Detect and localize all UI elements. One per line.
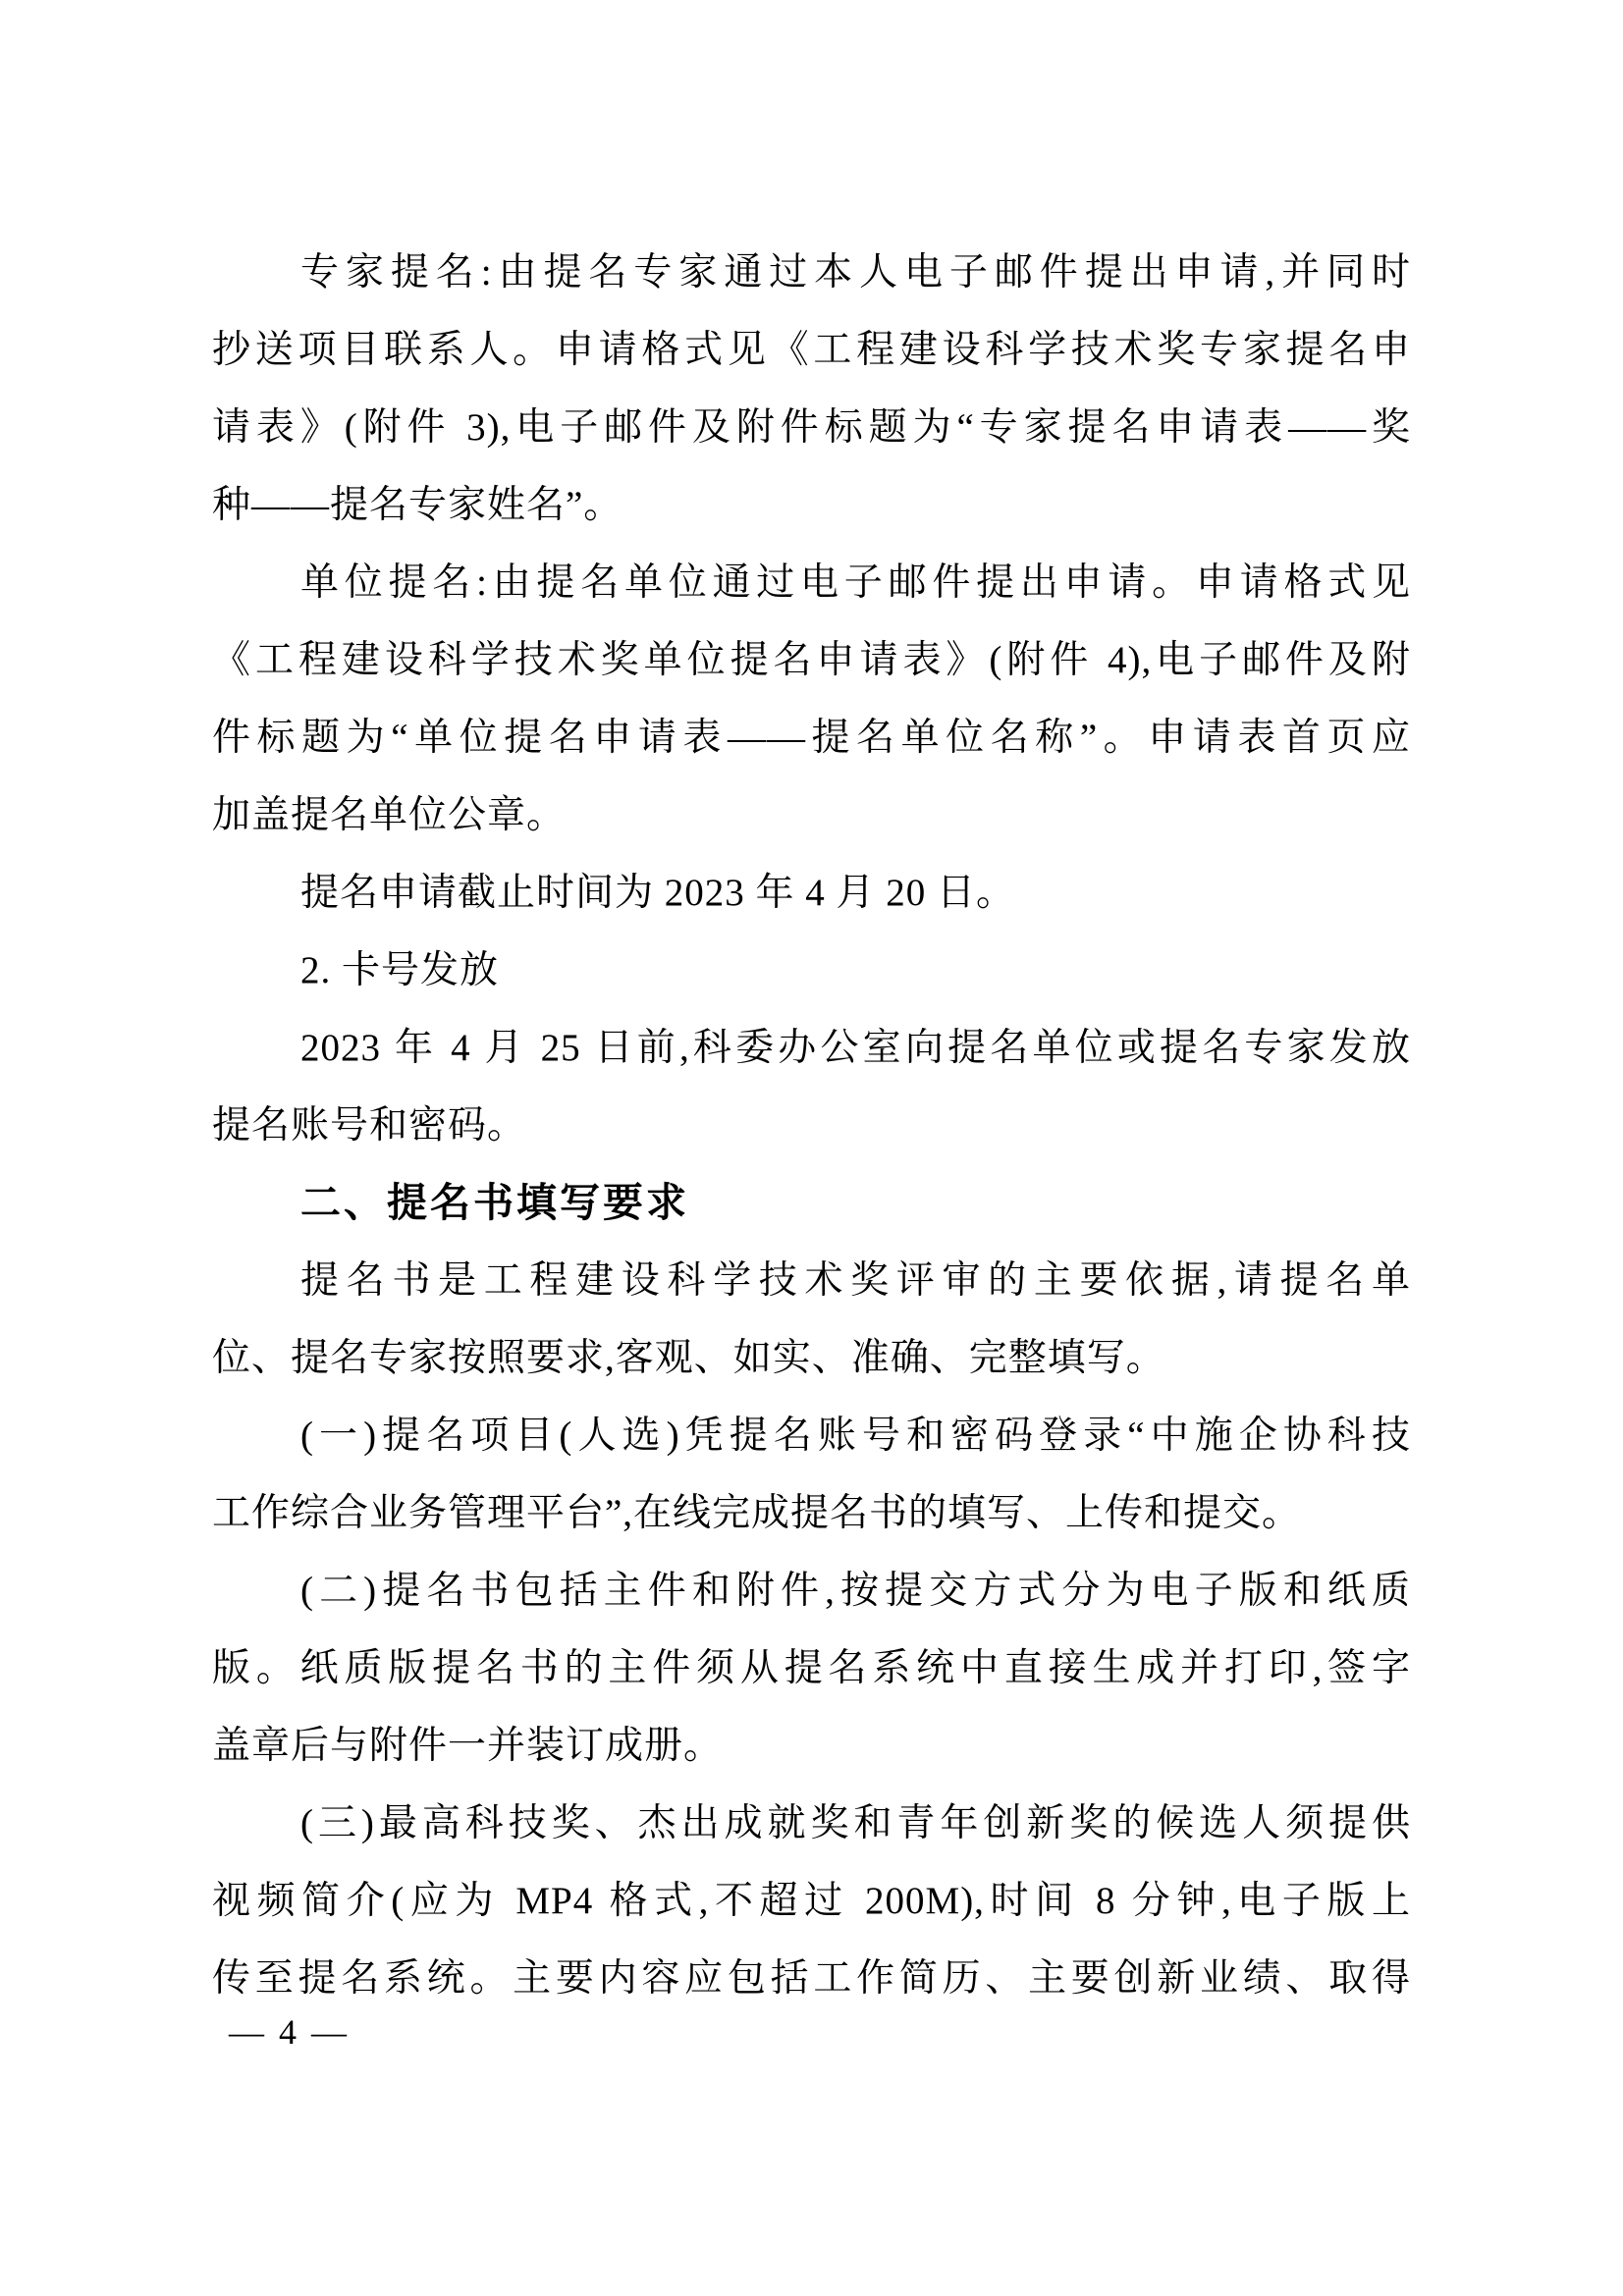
text-line: 2. 卡号发放 xyxy=(212,932,1411,1009)
text-line: 工作综合业务管理平台”,在线完成提名书的填写、上传和提交。 xyxy=(212,1474,1411,1552)
page-number: — 4 — xyxy=(229,2008,350,2056)
paragraph: (二)提名书包括主件和附件,按提交方式分为电子版和纸质版。纸质版提名书的主件须从… xyxy=(212,1552,1411,1785)
text-line: 《工程建设科学技术奖单位提名申请表》(附件 4),电子邮件及附 xyxy=(212,621,1411,699)
text-line: 提名书是工程建设科学技术奖评审的主要依据,请提名单 xyxy=(212,1242,1411,1319)
paragraph: (三)最高科技奖、杰出成就奖和青年创新奖的候选人须提供视频简介(应为 MP4 格… xyxy=(212,1785,1411,2017)
text-line: (三)最高科技奖、杰出成就奖和青年创新奖的候选人须提供 xyxy=(212,1785,1411,1862)
text-line: 传至提名系统。主要内容应包括工作简历、主要创新业绩、取得 xyxy=(212,1940,1411,2017)
text-line: 加盖提名单位公章。 xyxy=(212,776,1411,854)
text-line: 提名申请截止时间为 2023 年 4 月 20 日。 xyxy=(212,854,1411,932)
text-line: 提名账号和密码。 xyxy=(212,1087,1411,1164)
text-line: 视频简介(应为 MP4 格式,不超过 200M),时间 8 分钟,电子版上 xyxy=(212,1862,1411,1940)
text-line: 位、提名专家按照要求,客观、如实、准确、完整填写。 xyxy=(212,1319,1411,1397)
document-body: 专家提名:由提名专家通过本人电子邮件提出申请,并同时抄送项目联系人。申请格式见《… xyxy=(212,234,1411,2017)
text-line: 专家提名:由提名专家通过本人电子邮件提出申请,并同时 xyxy=(212,234,1411,311)
paragraph: 提名申请截止时间为 2023 年 4 月 20 日。 xyxy=(212,854,1411,932)
text-line: (二)提名书包括主件和附件,按提交方式分为电子版和纸质 xyxy=(212,1552,1411,1629)
paragraph: 专家提名:由提名专家通过本人电子邮件提出申请,并同时抄送项目联系人。申请格式见《… xyxy=(212,234,1411,544)
section-heading: 二、提名书填写要求 xyxy=(212,1164,1411,1242)
text-line: (一)提名项目(人选)凭提名账号和密码登录“中施企协科技 xyxy=(212,1397,1411,1474)
text-line: 2023 年 4 月 25 日前,科委办公室向提名单位或提名专家发放 xyxy=(212,1009,1411,1087)
paragraph: 2. 卡号发放 xyxy=(212,932,1411,1009)
text-line: 盖章后与附件一并装订成册。 xyxy=(212,1707,1411,1785)
text-line: 种——提名专家姓名”。 xyxy=(212,466,1411,544)
paragraph: 提名书是工程建设科学技术奖评审的主要依据,请提名单位、提名专家按照要求,客观、如… xyxy=(212,1242,1411,1397)
text-line: 件标题为“单位提名申请表——提名单位名称”。申请表首页应 xyxy=(212,699,1411,776)
paragraph: (一)提名项目(人选)凭提名账号和密码登录“中施企协科技工作综合业务管理平台”,… xyxy=(212,1397,1411,1552)
document-page: 专家提名:由提名专家通过本人电子邮件提出申请,并同时抄送项目联系人。申请格式见《… xyxy=(0,0,1623,2296)
text-line: 请表》(附件 3),电子邮件及附件标题为“专家提名申请表——奖 xyxy=(212,389,1411,466)
text-line: 单位提名:由提名单位通过电子邮件提出申请。申请格式见 xyxy=(212,544,1411,621)
paragraph: 单位提名:由提名单位通过电子邮件提出申请。申请格式见《工程建设科学技术奖单位提名… xyxy=(212,544,1411,854)
text-line: 二、提名书填写要求 xyxy=(212,1164,1411,1242)
paragraph: 2023 年 4 月 25 日前,科委办公室向提名单位或提名专家发放提名账号和密… xyxy=(212,1009,1411,1164)
text-line: 抄送项目联系人。申请格式见《工程建设科学技术奖专家提名申 xyxy=(212,311,1411,389)
text-line: 版。纸质版提名书的主件须从提名系统中直接生成并打印,签字 xyxy=(212,1629,1411,1707)
